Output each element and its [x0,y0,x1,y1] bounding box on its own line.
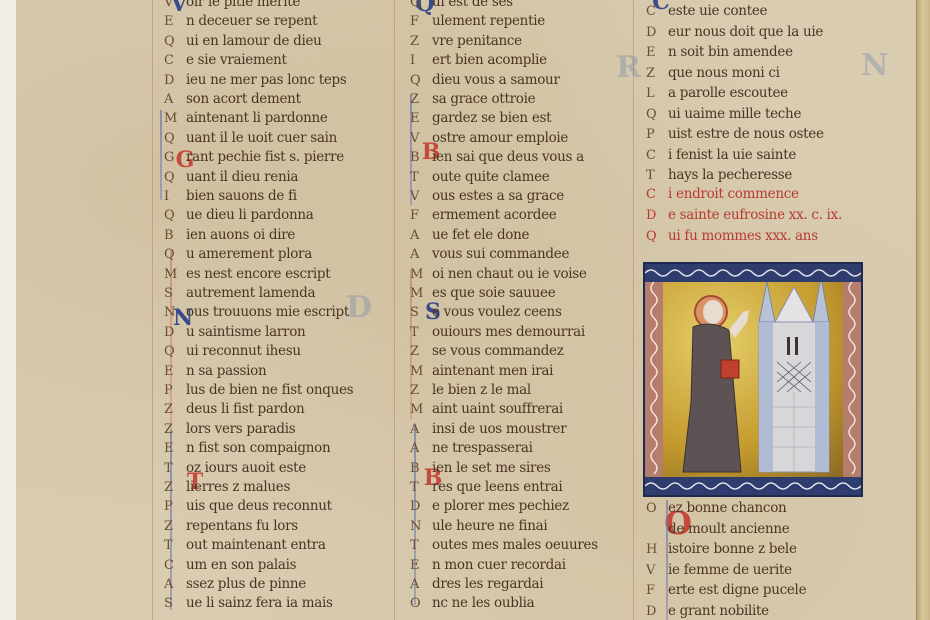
text-line: Fermement acordee [410,207,556,223]
text-line: Aue fet ele done [410,227,529,243]
line-lead-letter: Z [410,383,432,398]
line-text: ous trouuons mie escript [186,304,349,320]
line-lead-letter: F [646,583,668,598]
border-pattern [645,264,861,282]
line-text: aintenant li pardonne [186,110,328,126]
text-line: Histoire bonne z bele [646,541,797,557]
line-lead-letter: E [410,558,432,573]
line-text: uist estre de nous ostee [668,126,824,142]
line-lead-letter: T [646,168,668,183]
line-text: dres les regardai [432,576,543,592]
text-line: Bien auons oi dire [164,227,295,243]
text-line: Deur nous doit que la uie [646,24,823,40]
gold-field [663,282,843,477]
line-lead-letter: M [164,111,186,126]
line-lead-letter: V [410,189,432,204]
text-line: Du saintisme larron [164,324,305,340]
line-lead-letter: C [646,148,668,163]
line-lead-letter: T [410,538,432,553]
line-text: autrement lamenda [186,285,315,301]
line-lead-letter: Q [164,34,186,49]
line-text: out maintenant entra [186,537,326,553]
line-text: n fist son compaignon [186,440,330,456]
book-icon [721,360,739,378]
line-lead-letter: Z [164,480,186,495]
line-lead-letter: Z [410,34,432,49]
line-text: ostre amour emploie [432,130,568,146]
line-lead-letter: V [646,563,668,578]
text-line: Quant il le uoit cuer sain [164,130,337,146]
text-line: De grant nobilite [646,603,769,619]
line-lead-letter: N [164,305,186,320]
line-text: repentans fu lors [186,518,298,534]
line-text: ue dieu li pardonna [186,207,314,223]
line-lead-letter: B [164,228,186,243]
text-line: Nule heure ne finai [410,518,547,534]
line-lead-letter: A [410,228,432,243]
line-lead-letter: M [164,267,186,282]
text-line: de moult ancienne [646,521,789,537]
line-text: se vous commandez [432,343,564,359]
line-text: e grant nobilite [668,603,769,619]
line-lead-letter: C [646,4,668,19]
text-line: Zsa grace ottroie [410,91,535,107]
line-text: lors vers paradis [186,421,295,437]
text-line: Qdieu vous a samour [410,72,560,88]
line-text: n mon cuer recordai [432,557,566,573]
text-line: Ci fenist la uie sainte [646,147,796,163]
text-line: Maint uaint souffrerai [410,401,563,417]
line-lead-letter: E [164,14,186,29]
line-text: u saintisme larron [186,324,305,340]
text-line: Toutes mes males oeuures [410,537,598,553]
text-line: En soit bin amendee [646,44,793,60]
line-text: uant il le uoit cuer sain [186,130,337,146]
line-lead-letter: Z [410,92,432,107]
text-line: La parolle escoutee [646,85,788,101]
line-lead-letter: Q [410,0,432,10]
line-lead-letter: S [410,305,432,320]
text-line: Thays la pecheresse [646,167,792,183]
text-line: Zle bien z le mal [410,382,531,398]
line-text: le bien z le mal [432,382,531,398]
line-text: oute quite clamee [432,169,550,185]
line-text: ie femme de uerite [668,562,792,578]
border-side [843,282,861,477]
line-lead-letter: M [410,364,432,379]
rubric-line: Qui fu mommes xxx. ans [646,228,818,244]
line-text: lierres z malues [186,479,290,495]
text-line: Iert bien acomplie [410,52,547,68]
text-line: Qui uaime mille teche [646,106,801,122]
line-lead-letter: C [164,558,186,573]
text-line: Maintenant men irai [410,363,553,379]
line-text: nc ne les oublia [432,595,534,611]
text-line: Cum en son palais [164,557,296,573]
text-line: Ibien sauons de fi [164,188,297,204]
line-text: bien sauons de fi [186,188,297,204]
line-text: ui est de ses [432,0,513,10]
line-lead-letter: T [410,170,432,185]
line-lead-letter: S [164,596,186,611]
line-text: vous sui commandee [432,246,569,262]
line-text: rant pechie fist s. pierre [186,149,344,165]
line-text: ui en lamour de dieu [186,33,322,49]
line-text: ien auons oi dire [186,227,295,243]
text-line: Zse vous commandez [410,343,564,359]
line-lead-letter: D [646,208,668,223]
line-text: n deceuer se repent [186,13,317,29]
line-text: ieu ne mer pas lonc teps [186,72,347,88]
line-text: que nous moni ci [668,65,780,81]
line-text: ermement acordee [432,207,556,223]
line-text: e sainte eufrosine xx. c. ix. [668,207,842,223]
border-side [645,282,663,477]
line-text: este uie contee [668,3,767,19]
ruling-line [394,0,395,620]
text-line: Tres que leens entrai [410,479,562,495]
line-text: a parolle escoutee [668,85,788,101]
line-lead-letter: N [410,519,432,534]
line-text: erte est digne pucele [668,582,806,598]
line-text: n sa passion [186,363,266,379]
text-line: Qui reconnut ihesu [164,343,301,359]
line-text: ert bien acomplie [432,52,547,68]
text-line: Tout maintenant entra [164,537,326,553]
line-lead-letter: A [410,441,432,456]
line-lead-letter: P [164,499,186,514]
line-lead-letter: M [410,267,432,282]
text-line: Bien sai que deus vous a [410,149,584,165]
line-text: ssez plus de pinne [186,576,306,592]
line-lead-letter: M [410,286,432,301]
text-line: Zdeus li fist pardon [164,401,304,417]
text-line: Ainsi de uos moustrer [410,421,566,437]
line-lead-letter: E [646,45,668,60]
line-lead-letter: V [410,131,432,146]
text-line: En mon cuer recordai [410,557,566,573]
text-line: Vie femme de uerite [646,562,792,578]
text-line: Dieu ne mer pas lonc teps [164,72,347,88]
text-line: Qui en lamour de dieu [164,33,322,49]
initial-flourish [160,110,162,200]
text-line: Fulement repentie [410,13,545,29]
line-lead-letter: A [164,577,186,592]
line-lead-letter: Q [164,131,186,146]
line-lead-letter: E [164,364,186,379]
text-line: Zlierres z malues [164,479,290,495]
line-lead-letter: T [410,325,432,340]
text-line: Voir le pitie merite [164,0,300,10]
line-lead-letter: A [410,577,432,592]
line-lead-letter: Z [410,344,432,359]
line-text: outes mes males oeuures [432,537,598,553]
text-line: Bien le set me sires [410,460,551,476]
text-line: Sautrement lamenda [164,285,315,301]
line-text: dieu vous a samour [432,72,560,88]
line-text: istoire bonne z bele [668,541,797,557]
line-lead-letter: F [410,14,432,29]
text-line: Assez plus de pinne [164,576,306,592]
text-line: Puist estre de nous ostee [646,126,824,142]
line-text: u amerement plora [186,246,312,262]
text-line: Sue li sainz fera ia mais [164,595,333,611]
line-text: res que leens entrai [432,479,562,495]
line-lead-letter: E [164,441,186,456]
manuscript-page: N R D V G N T Voir le pitie meriteEn dec… [16,0,916,620]
line-text: oir le pitie merite [186,0,300,10]
line-lead-letter: M [410,402,432,417]
line-text: ue li sainz fera ia mais [186,595,333,611]
line-text: um en son palais [186,557,296,573]
line-text: e sie vraiement [186,52,287,68]
line-text: ule heure ne finai [432,518,547,534]
ruling-line [152,0,153,620]
ruling-line [633,0,634,620]
line-lead-letter: Q [164,247,186,262]
text-line: Adres les regardai [410,576,543,592]
line-text: vre penitance [432,33,522,49]
line-lead-letter: B [410,461,432,476]
line-text: aintenant men irai [432,363,553,379]
line-text: n soit bin amendee [668,44,793,60]
line-text: de moult ancienne [668,521,789,537]
line-text: e vous voulez ceens [432,304,562,320]
line-text: i fenist la uie sainte [668,147,796,163]
line-lead-letter: Q [646,107,668,122]
text-line: Zvre penitance [410,33,522,49]
line-text: ien sai que deus vous a [432,149,584,165]
line-lead-letter: D [646,25,668,40]
line-text: i endroit commence [668,186,799,202]
line-lead-letter: I [164,189,186,204]
page-gutter [916,0,930,620]
line-text: son acort dement [186,91,301,107]
text-line: Toute quite clamee [410,169,550,185]
line-text: ue fet ele done [432,227,529,243]
line-text: eur nous doit que la uie [668,24,823,40]
line-lead-letter: Z [164,402,186,417]
line-lead-letter: F [410,208,432,223]
text-line: Maintenant li pardonne [164,110,328,126]
line-lead-letter: L [646,86,668,101]
text-line: Oez bonne chancon [646,500,786,516]
text-line: Ane trespasserai [410,440,533,456]
text-line: Mes que soie sauuee [410,285,555,301]
text-line: Qu amerement plora [164,246,312,262]
line-lead-letter: T [410,480,432,495]
line-lead-letter: V [164,0,186,10]
line-lead-letter: Z [164,519,186,534]
text-line: Egardez se bien est [410,110,551,126]
text-line: Quant il dieu renia [164,169,298,185]
text-line: Ce sie vraiement [164,52,287,68]
line-lead-letter: G [164,150,186,165]
line-text: oi nen chaut ou ie voise [432,266,587,282]
line-text: ien le set me sires [432,460,551,476]
line-text: ous estes a sa grace [432,188,564,204]
line-lead-letter: D [164,73,186,88]
line-lead-letter: B [410,150,432,165]
text-line: Vous estes a sa grace [410,188,564,204]
line-lead-letter: P [164,383,186,398]
line-lead-letter: D [164,325,186,340]
offset-letter: N [861,48,888,83]
text-line: Mes nest encore escript [164,266,330,282]
border-pattern [645,477,861,495]
line-lead-letter: S [164,286,186,301]
line-text: gardez se bien est [432,110,551,126]
text-line: Onc ne les oublia [410,595,534,611]
line-lead-letter: O [410,596,432,611]
text-line: Ceste uie contee [646,3,767,19]
offset-letter: R [616,50,641,85]
text-line: Zrepentans fu lors [164,518,298,534]
line-text: ui reconnut ihesu [186,343,301,359]
rubric-line: De sainte eufrosine xx. c. ix. [646,207,842,223]
line-lead-letter: Q [164,170,186,185]
line-lead-letter: I [410,53,432,68]
line-lead-letter: C [164,53,186,68]
line-text: sa grace ottroie [432,91,535,107]
line-text: uis que deus reconnut [186,498,332,514]
line-text: es que soie sauuee [432,285,555,301]
offset-letter: D [346,290,372,325]
text-line: En deceuer se repent [164,13,317,29]
line-text: insi de uos moustrer [432,421,566,437]
line-lead-letter: A [410,422,432,437]
text-line: Grant pechie fist s. pierre [164,149,344,165]
line-lead-letter: O [646,501,668,516]
text-line: Se vous voulez ceens [410,304,562,320]
rubric-line: Ci endroit commence [646,186,799,202]
line-text: deus li fist pardon [186,401,304,417]
line-text: lus de bien ne fist onques [186,382,353,398]
line-lead-letter: Q [164,208,186,223]
line-lead-letter: A [410,247,432,262]
line-text: es nest encore escript [186,266,330,282]
line-text: ez bonne chancon [668,500,786,516]
text-line: Vostre amour emploie [410,130,568,146]
line-lead-letter: T [164,461,186,476]
line-lead-letter: D [646,604,668,619]
text-line: Plus de bien ne fist onques [164,382,353,398]
line-text: ui uaime mille teche [668,106,801,122]
text-line: En fist son compaignon [164,440,330,456]
line-text: oz iours auoit este [186,460,306,476]
text-line: Avous sui commandee [410,246,569,262]
line-text: hays la pecheresse [668,167,792,183]
text-line: Moi nen chaut ou ie voise [410,266,587,282]
line-text: ulement repentie [432,13,545,29]
line-lead-letter: E [410,111,432,126]
miniature-illustration [643,262,863,497]
text-line: Qui est de ses [410,0,513,10]
nun-and-church-scene [663,282,843,477]
line-lead-letter: Q [410,73,432,88]
line-lead-letter: C [646,187,668,202]
line-lead-letter: A [164,92,186,107]
text-line: Zque nous moni ci [646,65,780,81]
line-lead-letter: Z [164,422,186,437]
text-line: Que dieu li pardonna [164,207,314,223]
text-line: En sa passion [164,363,266,379]
line-text: uant il dieu renia [186,169,298,185]
line-text: ouiours mes demourrai [432,324,585,340]
line-text: ne trespasserai [432,440,533,456]
text-line: Ason acort dement [164,91,301,107]
text-line: Toz iours auoit este [164,460,306,476]
line-lead-letter: T [164,538,186,553]
line-lead-letter: H [646,542,668,557]
line-lead-letter: Q [646,229,668,244]
line-lead-letter: Q [164,344,186,359]
line-lead-letter: P [646,127,668,142]
line-lead-letter: D [410,499,432,514]
text-line: Touiours mes demourrai [410,324,585,340]
text-line: Ferte est digne pucele [646,582,806,598]
line-text: e plorer mes pechiez [432,498,569,514]
line-text: ui fu mommes xxx. ans [668,228,818,244]
text-line: Nous trouuons mie escript [164,304,349,320]
line-text: aint uaint souffrerai [432,401,563,417]
text-line: Puis que deus reconnut [164,498,332,514]
line-lead-letter: Z [646,66,668,81]
text-line: De plorer mes pechiez [410,498,569,514]
text-line: Zlors vers paradis [164,421,295,437]
